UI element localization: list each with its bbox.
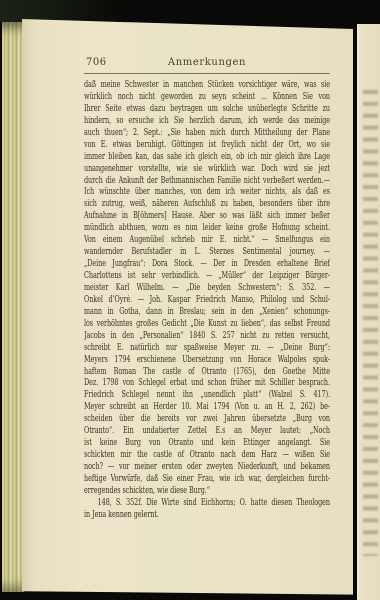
text-line: 148, S. 352f. Die Wirte sind Eichhorns; … — [84, 498, 330, 510]
adjacent-page-ghost-text — [363, 86, 378, 556]
text-line: Jacobs in den „Personalien“ 1840 S. 257 … — [84, 331, 330, 343]
annotations-text-block: daß meine Schwester in manchen Stücken v… — [84, 80, 330, 522]
text-line: heftige Vorwürfe, daß Sie einer Frau, wi… — [84, 474, 330, 486]
text-line: Von einem Augenübel schrieb mir E. nicht… — [84, 235, 330, 247]
text-line: sich zutrug, weiß, näheren Aufschluß zu … — [84, 199, 330, 211]
header-rule — [84, 73, 330, 74]
annotation-paragraph: daß meine Schwester in manchen Stücken v… — [84, 80, 330, 498]
text-line: Otranto“. Ein undatierter Zettel E.s an … — [84, 426, 330, 438]
text-line: mündlich abthuen, wozu es nun leider kei… — [84, 223, 330, 235]
text-line: Onkel d’Oyré. — Joh. Kaspar Friedrich Ma… — [84, 295, 330, 307]
text-line: erregendes schickten, wie diese Burg.“ — [84, 486, 330, 498]
text-line: mann in Gotha, dann in Breslau; sein in … — [84, 307, 330, 319]
photographed-book-spread: 706 Anmerkungen daß meine Schwester in m… — [0, 0, 380, 600]
text-line: würklich noch nicht geworden zu seyn sch… — [84, 92, 330, 104]
text-line: schreibt E. natürlich nur spaßweise Meye… — [84, 343, 330, 355]
text-line: schickten mir the castle of Otranto nach… — [84, 450, 330, 462]
text-line: auch thuen“; 2. Sept.: „Sie haben mich d… — [84, 128, 330, 140]
text-line: noch? — vor meiner ersten oder zweyten N… — [84, 462, 330, 474]
text-line: in Jena kennen gelernt. — [84, 510, 330, 522]
text-line: hindern, so ersuche ich Sie herzlich dar… — [84, 116, 330, 128]
text-line: Meyer schreibt an Herder 10. Mai 1794 (V… — [84, 402, 330, 414]
text-line: daß meine Schwester in manchen Stücken v… — [84, 80, 330, 92]
text-line: Friedrich Schlegel nennt ihn „unendlich … — [84, 390, 330, 402]
text-line: meister Karl Wilhelm. — „Die beyden Schw… — [84, 283, 330, 295]
text-line: ist keine Burg von Otranto und kein Etti… — [84, 438, 330, 450]
book-page: 706 Anmerkungen daß meine Schwester in m… — [22, 16, 353, 597]
text-line: wandernder Berufstadler in L. Sternes Se… — [84, 247, 330, 259]
text-line: Dez. 1798 von Schlegel erbat und schon f… — [84, 378, 330, 390]
text-line: Charlottens ist sehr verbindlich. — „Mül… — [84, 271, 330, 283]
text-line: von E. etwas beruhigt. Göttingen ist fre… — [84, 140, 330, 152]
running-head: 706 Anmerkungen — [84, 56, 330, 70]
text-line: Ich wünschte über manches, von dem ich w… — [84, 187, 330, 199]
text-line: durch die Ankunft der Bethmannischen Fam… — [84, 176, 330, 188]
book-cover-edge — [0, 0, 120, 22]
running-title: Anmerkungen — [84, 56, 330, 70]
adjacent-page-edge — [357, 24, 380, 600]
text-line: scheiden über die bereits vor zwei Jahre… — [84, 414, 330, 426]
book-fore-edge-page-stack — [2, 22, 24, 592]
text-line: Meyers 1794 erschienene Übersetzung von … — [84, 355, 330, 367]
text-line: immer bleiben kan, das sahe ich gleich e… — [84, 152, 330, 164]
text-line: los verhöhntes großes Gedicht „Die Kunst… — [84, 319, 330, 331]
text-line: Aufnahme in B[öhmers] Hause. Aber so was… — [84, 211, 330, 223]
text-line: haftem Roman The castle of Otranto (1765… — [84, 367, 330, 379]
note-paragraph: 148, S. 352f. Die Wirte sind Eichhorns; … — [84, 498, 330, 522]
text-line: unangenehmer vorstellte, wie sie würklic… — [84, 164, 330, 176]
text-line: „Deine Jungfrau“: Dora Stock. — Der in D… — [84, 259, 330, 271]
text-line: Ihrer Seite etwas dazu beytragen um solc… — [84, 104, 330, 116]
